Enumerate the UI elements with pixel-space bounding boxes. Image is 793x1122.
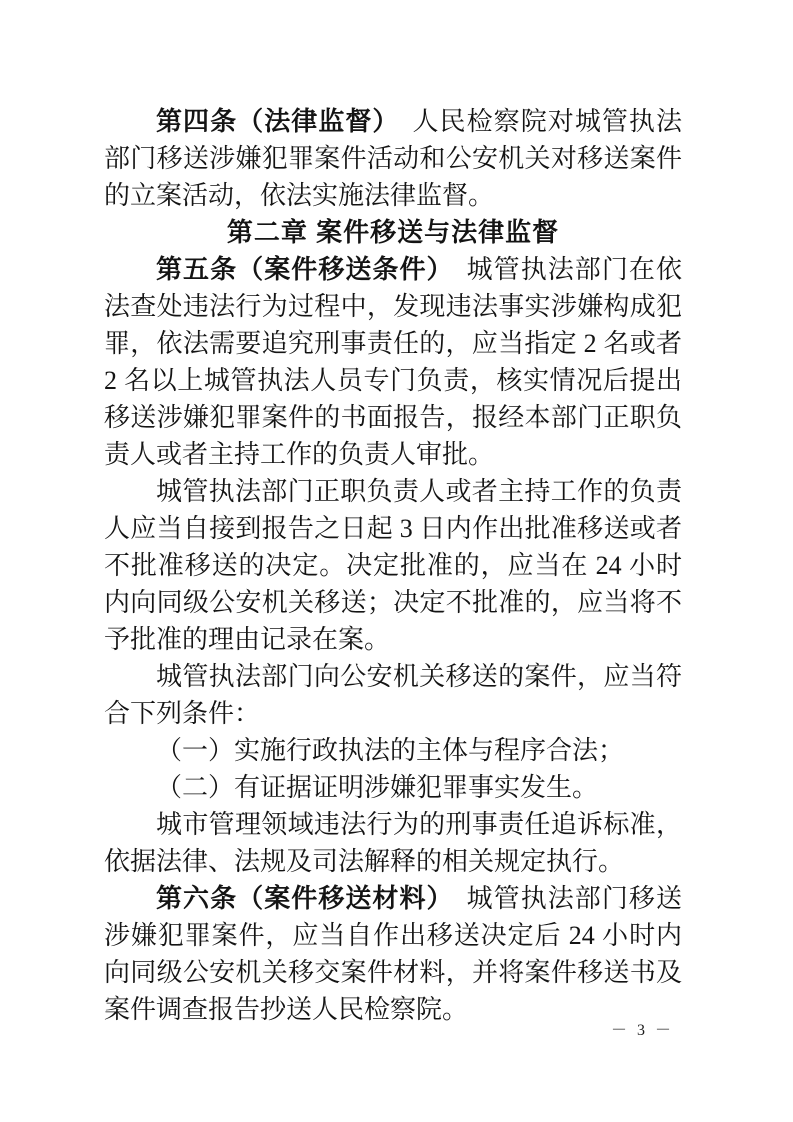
article-paragraph: 第四条（法律监督）人民检察院对城管执法部门移送涉嫌犯罪案件活动和公安机关对移送案…	[104, 103, 682, 214]
paragraph-text: 城管执法部门向公安机关移送的案件，应当符合下列条件：	[104, 662, 682, 728]
list-item: （二）有证据证明涉嫌犯罪事实发生。	[104, 769, 682, 806]
paragraph-text: 城管执法部门正职负责人或者主持工作的负责人应当自接到报告之日起 3 日内作出批准…	[104, 477, 682, 654]
chapter-heading: 第二章 案件移送与法律监督	[104, 214, 682, 251]
article-paragraph: 第五条（案件移送条件）城管执法部门在依法查处违法行为过程中，发现违法事实涉嫌构成…	[104, 251, 682, 473]
paragraph: 城管执法部门正职负责人或者主持工作的负责人应当自接到报告之日起 3 日内作出批准…	[104, 473, 682, 658]
article-number-label: 第四条（法律监督）	[156, 107, 400, 136]
paragraph: 城市管理领域违法行为的刑事责任追诉标准，依据法律、法规及司法解释的相关规定执行。	[104, 806, 682, 880]
article-number-label: 第六条（案件移送材料）	[156, 884, 454, 913]
chapter-heading-text: 第二章 案件移送与法律监督	[227, 217, 559, 247]
article-paragraph: 第六条（案件移送材料）城管执法部门移送涉嫌犯罪案件，应当自作出移送决定后 24 …	[104, 880, 682, 1028]
paragraph-text: （二）有证据证明涉嫌犯罪事实发生。	[156, 773, 598, 802]
page-number: － 3 －	[611, 1021, 674, 1041]
document-page: 第四条（法律监督）人民检察院对城管执法部门移送涉嫌犯罪案件活动和公安机关对移送案…	[0, 0, 793, 1122]
paragraph-text: 城管执法部门在依法查处违法行为过程中，发现违法事实涉嫌构成犯罪，依法需要追究刑事…	[104, 255, 682, 469]
document-body: 第四条（法律监督）人民检察院对城管执法部门移送涉嫌犯罪案件活动和公安机关对移送案…	[104, 103, 682, 1028]
paragraph-text: 城市管理领域违法行为的刑事责任追诉标准，依据法律、法规及司法解释的相关规定执行。	[104, 810, 682, 876]
paragraph: 城管执法部门向公安机关移送的案件，应当符合下列条件：	[104, 658, 682, 732]
article-number-label: 第五条（案件移送条件）	[156, 255, 454, 284]
list-item: （一）实施行政执法的主体与程序合法；	[104, 732, 682, 769]
paragraph-text: （一）实施行政执法的主体与程序合法；	[156, 736, 624, 765]
